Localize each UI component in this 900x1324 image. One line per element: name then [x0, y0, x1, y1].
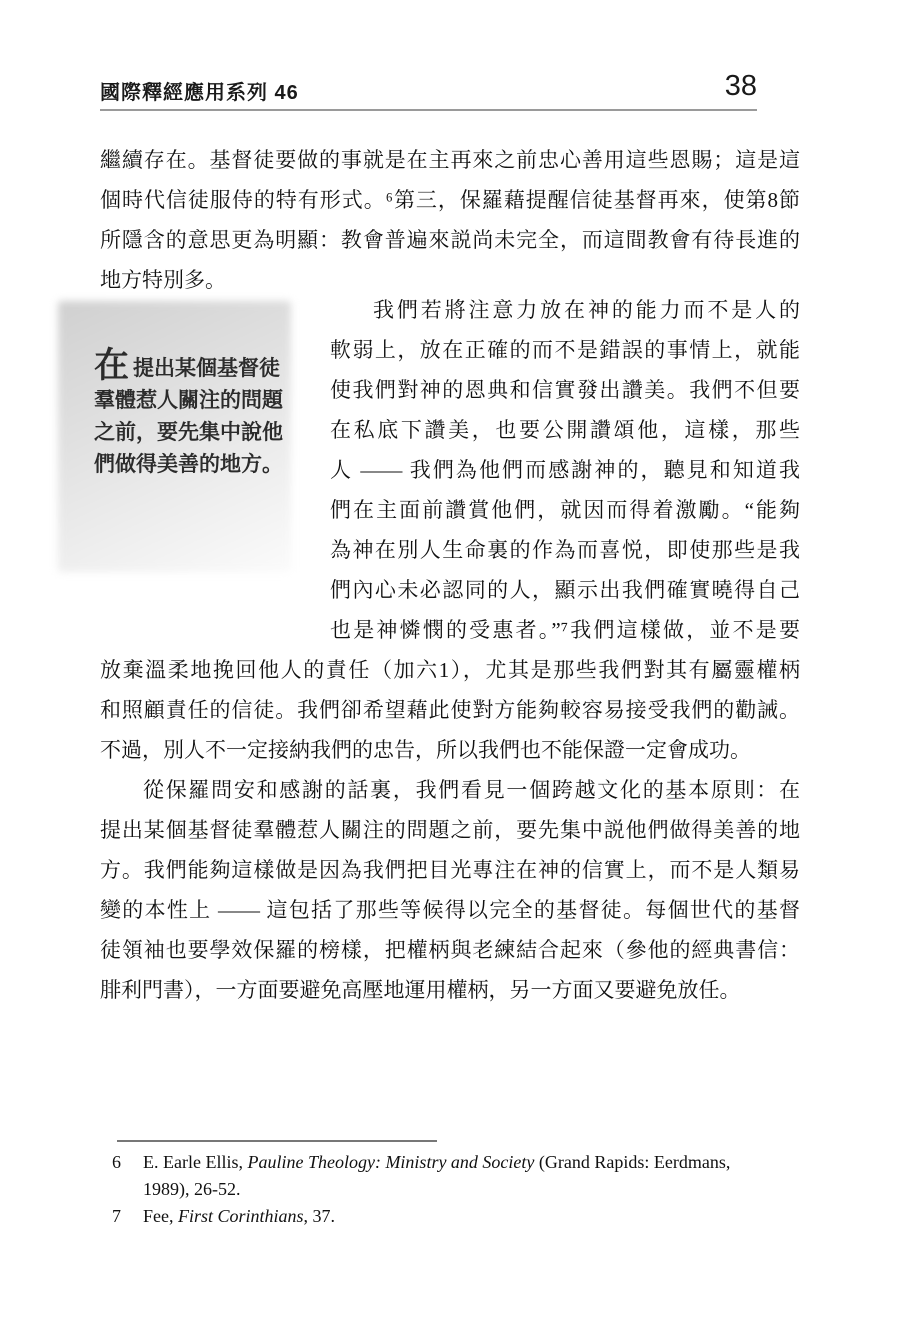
text-line: 使我們對神的恩典和信實發出讚美。我們不但要	[330, 370, 800, 410]
text-line: 從保羅問安和感謝的話裏，我們看見一個跨越文化的基本原則：在	[100, 770, 800, 810]
footnote-citation: Fee,	[143, 1206, 178, 1226]
pull-quote: 在提出某個基督徒 羣體惹人關注的問題 之前，要先集中說他 們做得美善的地方。	[94, 353, 294, 481]
pull-quote-text: 提出某個基督徒	[133, 357, 280, 380]
footnote-line: E. Earle Ellis, Pauline Theology: Minist…	[143, 1149, 792, 1176]
text-line: 徒領袖也要學效保羅的榜樣，把權柄與老練結合起來（參他的經典書信：	[100, 930, 800, 970]
paragraph-2-column: 我們若將注意力放在神的能力而不是人的 軟弱上，放在正確的而不是錯誤的事情上，就能…	[330, 290, 800, 650]
footnote-book-title: Pauline Theology: Ministry and Society	[247, 1152, 534, 1172]
text-line: 在私底下讚美，也要公開讚頌他，這樣，那些	[330, 410, 800, 450]
text-line: 們內心未必認同的人，顯示出我們確實曉得自己	[330, 570, 800, 610]
footnote-number: 7	[112, 1203, 143, 1230]
footnote-number: 6	[112, 1149, 143, 1203]
text-line: 變的本性上 —— 這包括了那些等候得以完全的基督徒。每個世代的基督	[100, 890, 800, 930]
text-line: 放棄溫柔地挽回他人的責任（加六1），尤其是那些我們對其有屬靈權柄	[100, 650, 800, 690]
footnote-text: E. Earle Ellis, Pauline Theology: Minist…	[143, 1149, 792, 1203]
text-line: 個時代信徒服侍的特有形式。⁶第三，保羅藉提醒信徒基督再來，使第8節	[100, 180, 800, 220]
footnote-6: 6 E. Earle Ellis, Pauline Theology: Mini…	[112, 1149, 792, 1203]
text-line: 和照顧責任的信徒。我們卻希望藉此使對方能夠較容易接受我們的勸誡。	[100, 690, 800, 730]
text-line: 腓利門書），一方面要避免高壓地運用權柄，另一方面又要避免放任。	[100, 970, 800, 1010]
footnote-rule	[117, 1140, 437, 1142]
pull-quote-line: 們做得美善的地方。	[94, 449, 294, 481]
text-line: 人 —— 我們為他們而感謝神的，聽見和知道我	[330, 450, 800, 490]
page-number: 38	[600, 70, 757, 103]
footnote-citation: (Grand Rapids: Eerdmans,	[534, 1152, 730, 1172]
footnote-line: Fee, First Corinthians, 37.	[143, 1203, 792, 1230]
text-line: 為神在別人生命裏的作為而喜悦，即使那些是我	[330, 530, 800, 570]
book-page: 國際釋經應用系列 46 38 繼續存在。基督徒要做的事就是在主再來之前忠心善用這…	[0, 0, 900, 1324]
pull-quote-line: 羣體惹人關注的問題	[94, 385, 294, 417]
text-line: 方。我們能夠這樣做是因為我們把目光專注在神的信實上，而不是人類易	[100, 850, 800, 890]
paragraph-2-full: 放棄溫柔地挽回他人的責任（加六1），尤其是那些我們對其有屬靈權柄 和照顧責任的信…	[100, 650, 800, 770]
drop-cap: 在	[94, 346, 129, 385]
text-line: 提出某個基督徒羣體惹人關注的問題之前，要先集中説他們做得美善的地	[100, 810, 800, 850]
paragraph-1: 繼續存在。基督徒要做的事就是在主再來之前忠心善用這些恩賜；這是這 個時代信徒服侍…	[100, 140, 800, 300]
text-line: 我們若將注意力放在神的能力而不是人的	[330, 290, 800, 330]
pull-quote-line: 在提出某個基督徒	[94, 353, 294, 385]
footnote-book-title: First Corinthians	[178, 1206, 304, 1226]
header-rule	[100, 109, 757, 111]
text-line: 繼續存在。基督徒要做的事就是在主再來之前忠心善用這些恩賜；這是這	[100, 140, 800, 180]
paragraph-3: 從保羅問安和感謝的話裏，我們看見一個跨越文化的基本原則：在 提出某個基督徒羣體惹…	[100, 770, 800, 1010]
footnote-citation: , 37.	[304, 1206, 336, 1226]
footnote-text: Fee, First Corinthians, 37.	[143, 1203, 792, 1230]
running-header-series-title: 國際釋經應用系列 46	[100, 76, 299, 105]
text-line: 也是神憐憫的受惠者。”⁷我們這樣做，並不是要	[330, 610, 800, 650]
text-line: 不過，別人不一定接納我們的忠告，所以我們也不能保證一定會成功。	[100, 730, 800, 770]
text-line: 軟弱上，放在正確的而不是錯誤的事情上，就能	[330, 330, 800, 370]
footnotes: 6 E. Earle Ellis, Pauline Theology: Mini…	[112, 1149, 792, 1230]
footnote-7: 7 Fee, First Corinthians, 37.	[112, 1203, 792, 1230]
text-line: 們在主面前讚賞他們，就因而得着激勵。“能夠	[330, 490, 800, 530]
footnote-citation: E. Earle Ellis,	[143, 1152, 247, 1172]
pull-quote-line: 之前，要先集中說他	[94, 417, 294, 449]
text-line: 所隱含的意思更為明顯：教會普遍來説尚未完全，而這間教會有待長進的	[100, 220, 800, 260]
footnote-line: 1989), 26-52.	[143, 1176, 792, 1203]
